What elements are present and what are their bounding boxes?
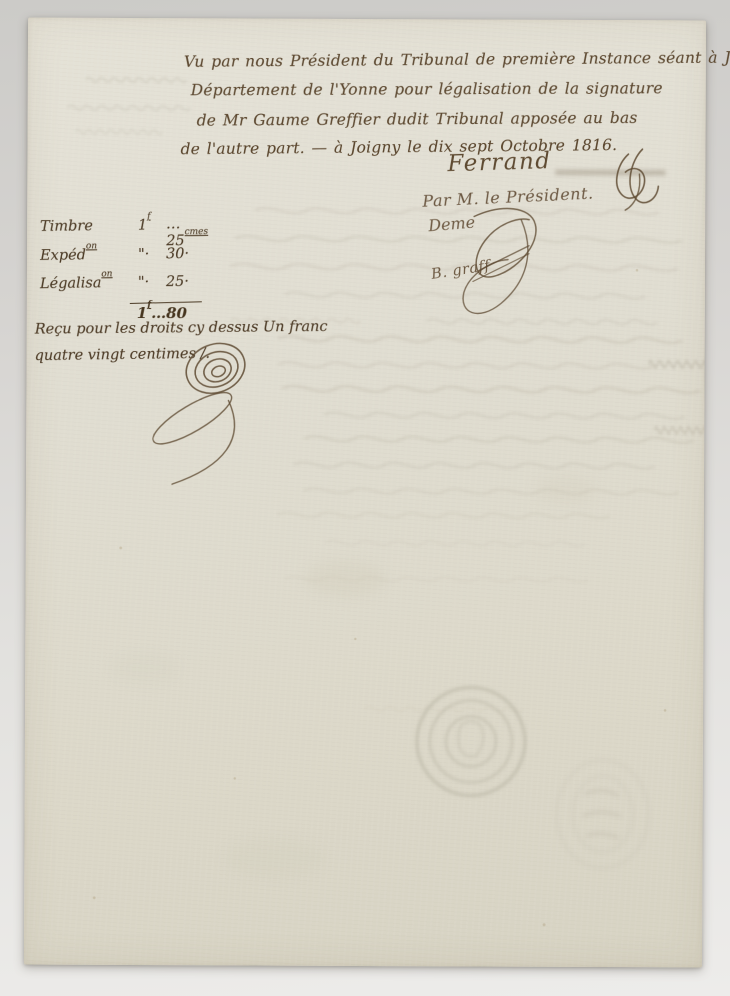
photo-backdrop: Vu par nous Président du Tribunal de pre… (0, 0, 730, 996)
document-page: Vu par nous Président du Tribunal de pre… (24, 18, 706, 968)
ink-flourishes (147, 147, 659, 486)
ink-smudge (555, 170, 665, 175)
ink-flourish-layer (24, 18, 706, 968)
receipt-paraph (147, 335, 253, 485)
deme-paraph (474, 208, 536, 277)
graff-paraph (479, 245, 529, 270)
